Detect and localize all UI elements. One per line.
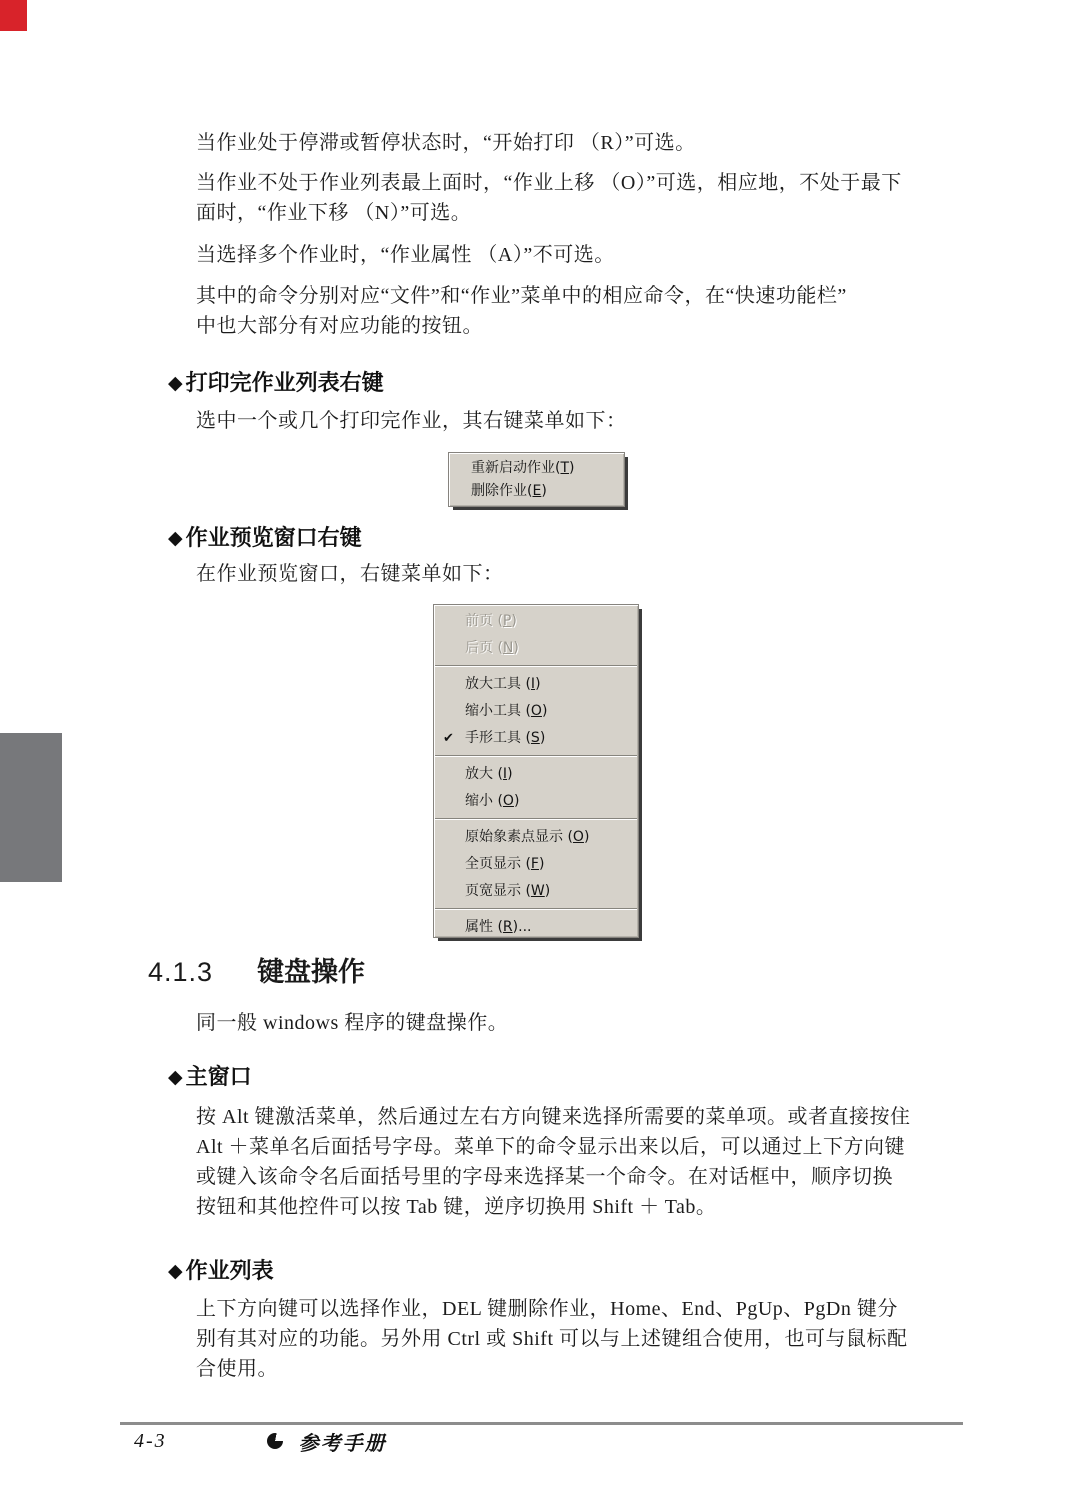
paragraph: 在作业预览窗口，右键菜单如下：	[196, 559, 976, 589]
paragraph-line: 按钮和其他控件可以按 Tab 键，逆序切换用 Shift ＋ Tab。	[196, 1192, 976, 1222]
menu-separator	[435, 755, 637, 757]
heading-job-list: ◆作业列表	[168, 1254, 274, 1285]
menu-item-label: 属性 (	[465, 919, 503, 935]
menu-item-label: 全页显示 (	[465, 856, 531, 872]
paragraph: 同一般 windows 程序的键盘操作。	[196, 1008, 976, 1038]
menu-item-hotkey: O	[531, 703, 542, 719]
paragraph-line: 按 Alt 键激活菜单，然后通过左右方向键来选择所需要的菜单项。或者直接按住	[196, 1102, 976, 1132]
menu-item-restart-job[interactable]: 重新启动作业(T)	[449, 457, 624, 480]
footer: 4-3 参考手册	[134, 1428, 387, 1454]
menu-item-tail: )	[507, 766, 512, 782]
menu-item-tail: )	[540, 730, 545, 746]
menu-item-label: 原始象素点显示 (	[465, 829, 573, 845]
menu-item-tail: )	[511, 613, 516, 629]
paragraph-line: Alt ＋菜单名后面括号字母。菜单下的命令显示出来以后，可以通过上下方向键	[196, 1132, 976, 1162]
footer-rule	[120, 1422, 963, 1425]
paragraph: 其中的命令分别对应“文件”和“作业”菜单中的相应命令，在“快速功能栏” 中也大部…	[196, 281, 976, 341]
checkmark-icon: ✔	[443, 725, 454, 752]
paragraph: 当作业处于停滞或暂停状态时，“开始打印 （R）”可选。	[196, 128, 976, 158]
menu-item-properties[interactable]: 属性 (R)...	[434, 914, 638, 941]
paragraph-line: 合使用。	[196, 1354, 976, 1384]
menu-item-hotkey: R	[503, 919, 513, 935]
menu-item-hotkey: O	[503, 793, 514, 809]
menu-item-tail: )	[539, 856, 544, 872]
menu-item-fit-page[interactable]: 全页显示 (F)	[434, 851, 638, 878]
heading-print-done-right-click: ◆打印完作业列表右键	[168, 366, 384, 397]
corner-red-marker	[0, 0, 27, 31]
paragraph-line: 中也大部分有对应功能的按钮。	[196, 311, 976, 341]
heading-text: 作业预览窗口右键	[186, 525, 362, 550]
menu-item-tail: )...	[513, 919, 532, 935]
menu-item-zoom-in-tool[interactable]: 放大工具 (I)	[434, 671, 638, 698]
menu-separator	[435, 908, 637, 910]
menu-item-label: 页宽显示 (	[465, 883, 531, 899]
paragraph: 按 Alt 键激活菜单，然后通过左右方向键来选择所需要的菜单项。或者直接按住 A…	[196, 1102, 976, 1222]
menu-item-label: 手形工具 (	[465, 730, 531, 746]
menu-separator	[435, 818, 637, 820]
menu-item-tail: )	[542, 703, 547, 719]
menu-item-zoom-out[interactable]: 缩小 (O)	[434, 788, 638, 815]
context-menu-preview-window: 前页 (P) 后页 (N) 放大工具 (I) 缩小工具 (O) ✔ 手形工具 (…	[433, 604, 639, 938]
menu-item-hotkey: E	[532, 483, 541, 499]
menu-item-delete-job[interactable]: 删除作业(E)	[449, 480, 624, 503]
menu-item-hotkey: O	[573, 829, 584, 845]
manual-title: 参考手册	[299, 1427, 387, 1456]
menu-item-hotkey: S	[531, 730, 540, 746]
diamond-icon: ◆	[168, 373, 183, 394]
menu-item-hotkey: W	[531, 883, 545, 899]
paragraph-line: 上下方向键可以选择作业，DEL 键删除作业，Home、End、PgUp、PgDn…	[196, 1294, 976, 1324]
heading-text: 主窗口	[186, 1064, 252, 1089]
diamond-icon: ◆	[168, 1261, 183, 1282]
menu-item-actual-size[interactable]: 原始象素点显示 (O)	[434, 824, 638, 851]
heading-text: 打印完作业列表右键	[186, 370, 384, 395]
paragraph-line: 别有其对应的功能。另外用 Ctrl 或 Shift 可以与上述键组合使用，也可与…	[196, 1324, 976, 1354]
paragraph-line: 当作业不处于作业列表最上面时，“作业上移 （O）”可选，相应地，不处于最下	[196, 168, 976, 198]
section-heading-keyboard: 4.1.3键盘操作	[148, 950, 365, 989]
heading-main-window: ◆主窗口	[168, 1060, 252, 1091]
paragraph: 当作业不处于作业列表最上面时，“作业上移 （O）”可选，相应地，不处于最下 面时…	[196, 168, 976, 228]
paragraph: 上下方向键可以选择作业，DEL 键删除作业，Home、End、PgUp、PgDn…	[196, 1294, 976, 1384]
menu-item-tail: )	[541, 483, 546, 499]
diamond-icon: ◆	[168, 528, 183, 549]
paragraph: 当选择多个作业时，“作业属性 （A）”不可选。	[196, 240, 976, 270]
heading-text: 作业列表	[186, 1258, 274, 1283]
chapter-side-tab	[0, 733, 62, 882]
context-menu-completed-jobs: 重新启动作业(T) 删除作业(E)	[448, 452, 625, 507]
menu-item-label: 缩小工具 (	[465, 703, 531, 719]
menu-item-fit-width[interactable]: 页宽显示 (W)	[434, 878, 638, 905]
menu-item-label: 删除作业(	[471, 483, 532, 499]
menu-item-hand-tool[interactable]: ✔ 手形工具 (S)	[434, 725, 638, 752]
menu-separator	[435, 665, 637, 667]
paragraph-line: 同一般 windows 程序的键盘操作。	[196, 1008, 976, 1038]
paragraph: 选中一个或几个打印完作业，其右键菜单如下：	[196, 406, 976, 436]
menu-item-tail: )	[513, 640, 518, 656]
paragraph-line: 选中一个或几个打印完作业，其右键菜单如下：	[196, 406, 976, 436]
menu-item-tail: )	[584, 829, 589, 845]
paragraph-line: 面时，“作业下移 （N）”可选。	[196, 198, 976, 228]
menu-item-label: 前页 (	[465, 613, 503, 629]
paragraph-line: 或键入该命令名后面括号里的字母来选择某一个命令。在对话框中，顺序切换	[196, 1162, 976, 1192]
menu-item-hotkey: N	[503, 640, 513, 656]
menu-item-label: 放大 (	[465, 766, 503, 782]
manual-page: 当作业处于停滞或暂停状态时，“开始打印 （R）”可选。 当作业不处于作业列表最上…	[0, 0, 1073, 1488]
section-title: 键盘操作	[257, 957, 365, 987]
section-number: 4.1.3	[148, 957, 213, 987]
menu-item-next-page[interactable]: 后页 (N)	[434, 635, 638, 662]
manual-bullet-icon	[267, 1433, 283, 1449]
menu-item-label: 后页 (	[465, 640, 503, 656]
page-number: 4-3	[134, 1430, 167, 1453]
menu-item-hotkey: F	[531, 856, 539, 872]
menu-item-zoom-out-tool[interactable]: 缩小工具 (O)	[434, 698, 638, 725]
paragraph-line: 其中的命令分别对应“文件”和“作业”菜单中的相应命令，在“快速功能栏”	[196, 281, 976, 311]
paragraph-line: 当选择多个作业时，“作业属性 （A）”不可选。	[196, 240, 976, 270]
menu-item-label: 放大工具 (	[465, 676, 531, 692]
menu-item-tail: )	[535, 676, 540, 692]
menu-item-tail: )	[545, 883, 550, 899]
heading-preview-right-click: ◆作业预览窗口右键	[168, 521, 362, 552]
paragraph-line: 在作业预览窗口，右键菜单如下：	[196, 559, 976, 589]
menu-item-prev-page[interactable]: 前页 (P)	[434, 608, 638, 635]
menu-item-zoom-in[interactable]: 放大 (I)	[434, 761, 638, 788]
menu-item-label: 重新启动作业(	[471, 460, 560, 476]
paragraph-line: 当作业处于停滞或暂停状态时，“开始打印 （R）”可选。	[196, 128, 976, 158]
menu-item-label: 缩小 (	[465, 793, 503, 809]
menu-item-tail: )	[569, 460, 574, 476]
menu-item-tail: )	[514, 793, 519, 809]
diamond-icon: ◆	[168, 1067, 183, 1088]
menu-item-hotkey: T	[560, 460, 569, 476]
